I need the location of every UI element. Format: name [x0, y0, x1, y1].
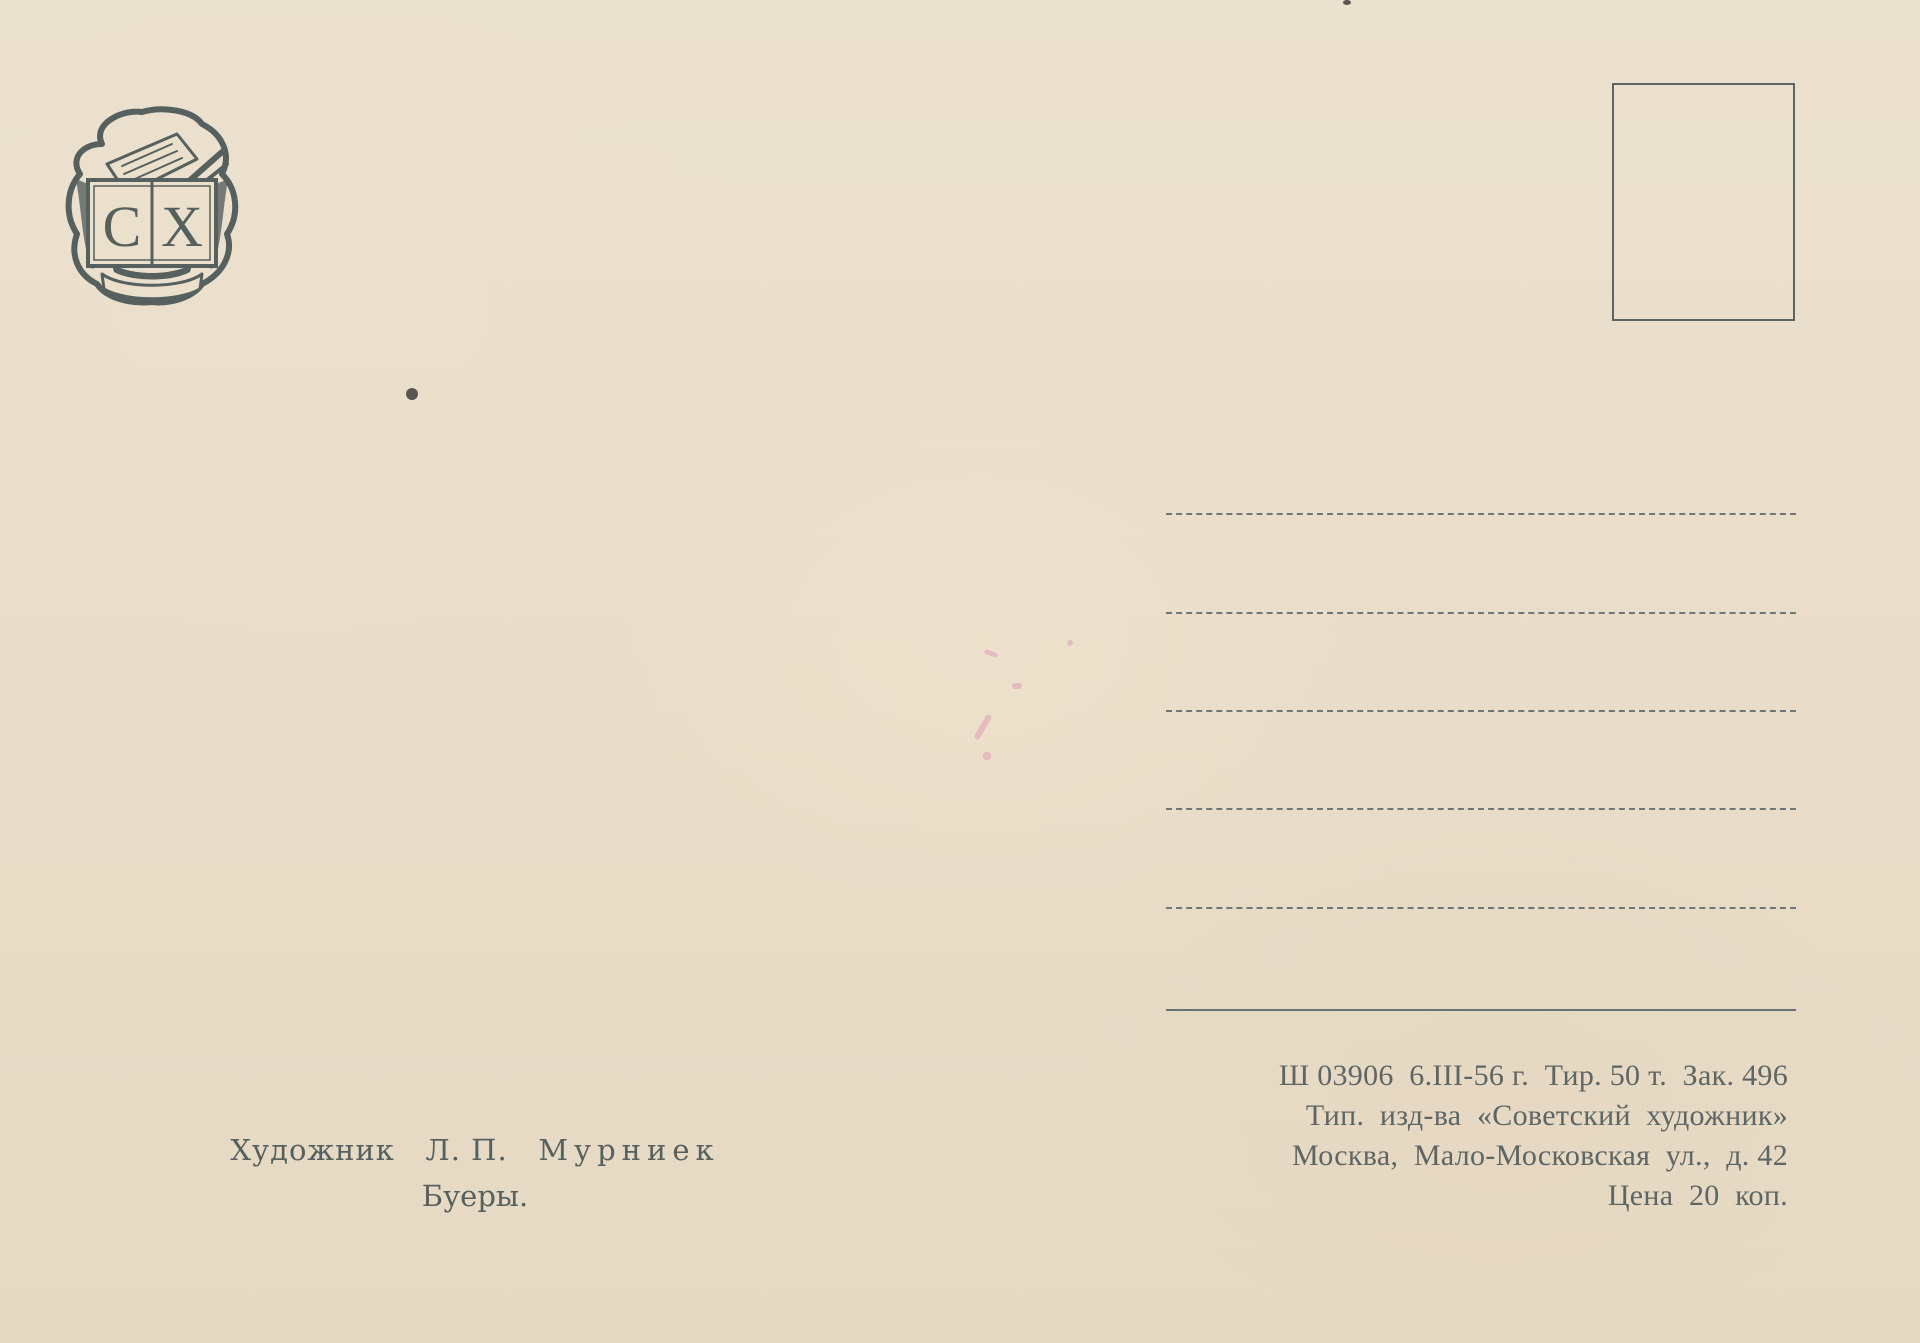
- imprint-line-order: Ш 03906 6.III-56 г. Тир. 50 т. Зак. 496: [1120, 1056, 1788, 1096]
- artwork-title: Буеры.: [150, 1172, 800, 1220]
- artist-surname: Мурниек: [538, 1133, 719, 1167]
- artwork-caption: Художник Л. П. Мурниек Буеры.: [150, 1128, 800, 1220]
- publisher-imprint: Ш 03906 6.III-56 г. Тир. 50 т. Зак. 496 …: [1120, 1056, 1788, 1216]
- address-line-4: [1166, 808, 1796, 810]
- logo-letter-s: С: [103, 194, 142, 259]
- imprint-line-publisher: Тип. изд-ва «Советский художник»: [1120, 1096, 1788, 1136]
- stamp-box: [1612, 83, 1795, 321]
- address-line-1: [1166, 513, 1796, 515]
- address-line-5: [1166, 907, 1796, 909]
- ink-stain: [983, 752, 991, 760]
- imprint-line-address: Москва, Мало-Московская ул., д. 42: [1120, 1136, 1788, 1176]
- paper-speck: [406, 388, 418, 400]
- artist-initials: Л. П.: [426, 1133, 508, 1167]
- artist-credit: Художник Л. П. Мурниек: [150, 1128, 800, 1172]
- imprint-line-price: Цена 20 коп.: [1120, 1176, 1788, 1216]
- open-book-emblem-icon: С Х: [62, 104, 242, 308]
- artist-prefix: Художник: [230, 1133, 394, 1167]
- address-line-solid: [1166, 1009, 1796, 1011]
- address-line-2: [1166, 612, 1796, 614]
- address-line-3: [1166, 710, 1796, 712]
- ink-stain: [1012, 683, 1022, 689]
- paper-speck: [1343, 0, 1351, 5]
- publisher-emblem: С Х: [62, 104, 242, 308]
- ink-stain: [1067, 640, 1073, 646]
- logo-letter-kh: Х: [161, 194, 203, 259]
